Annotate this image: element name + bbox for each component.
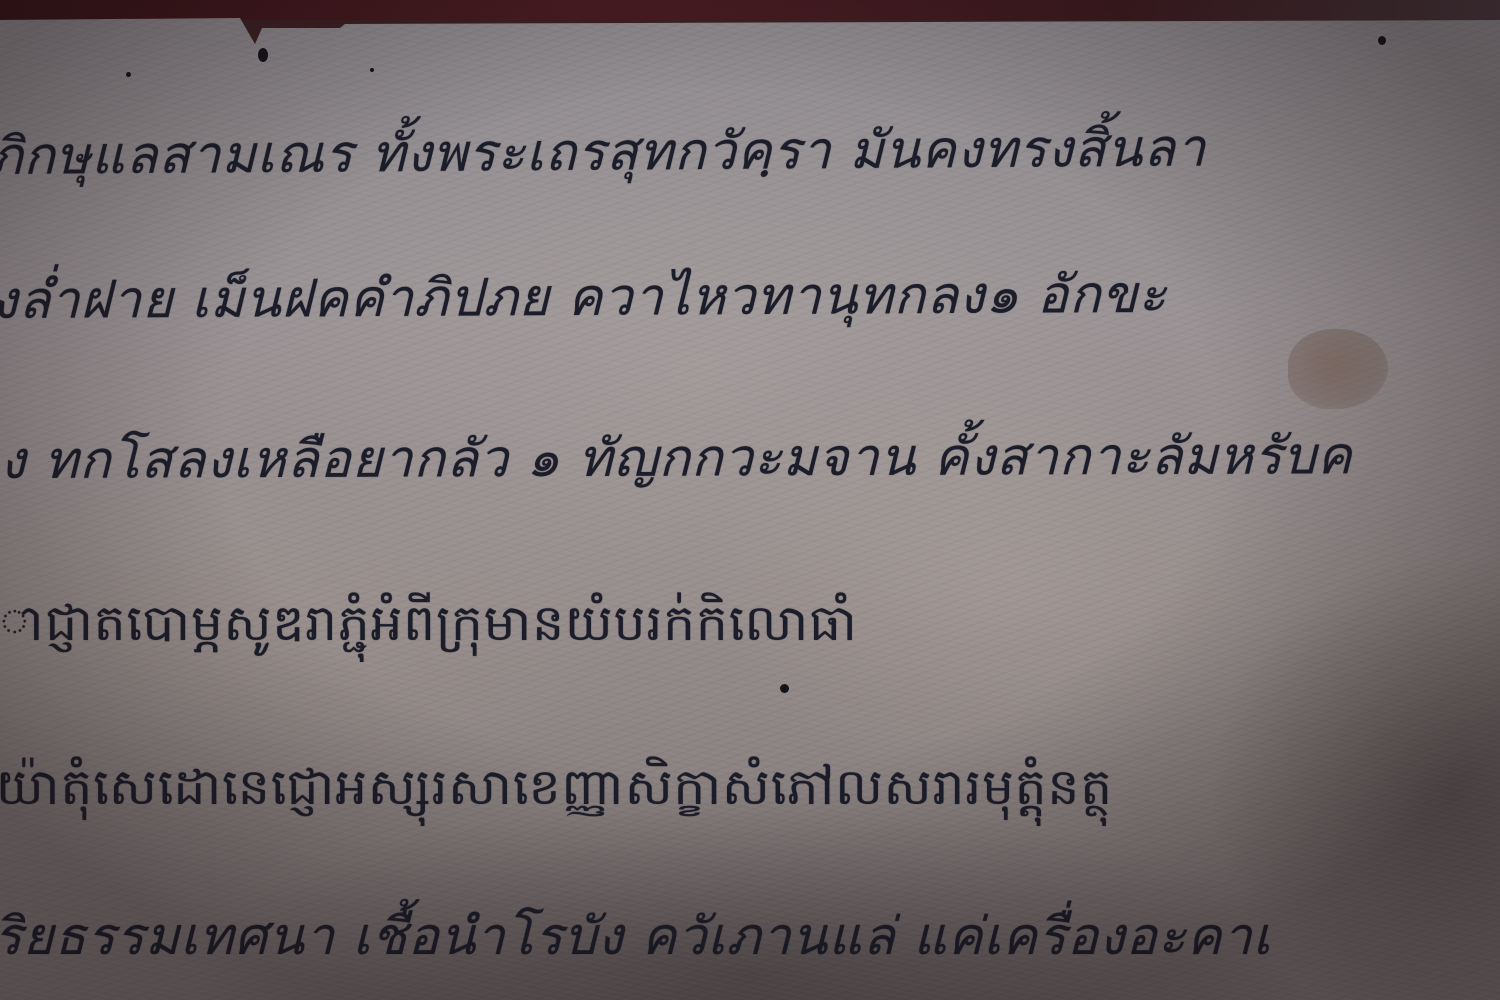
manuscript-line-thai: ภิกษุแลสามเณร ทั้งพระเถรสุทกวัคฺรา มันคง… <box>0 105 1206 197</box>
ink-spot <box>258 48 268 62</box>
manuscript-line-thai: งล่ำฝาย เม็นฝคคำภิปภย ควาไหวทานุทกลง๑ อั… <box>0 252 1167 341</box>
ink-spot <box>126 72 131 77</box>
manuscript-line-khmer: យ៉ាតុំសេដោនេជ្ញោអស្សុរសាខេញ្ញាសិក្ខាសំភៅ… <box>0 756 1113 829</box>
ink-spot <box>370 68 374 72</box>
red-backdrop <box>0 0 1500 20</box>
manuscript-line-thai: ริยธรรมเทศนา เชื้อนำโรบัง ควัเภานแล่ แค่… <box>0 894 1271 977</box>
manuscript-paper: ภิกษุแลสามเณร ทั้งพระเถรสุทกวัคฺรา มันคง… <box>0 14 1500 1000</box>
manuscript-photo: ภิกษุแลสามเณร ทั้งพระเถรสุทกวัคฺรา มันคง… <box>0 0 1500 1000</box>
manuscript-line-khmer: ាជ្ញាតបោម្ភសូឌរាភ្ជុំអំពីក្រុមានយំបរក់កិ… <box>0 592 858 665</box>
ink-spot <box>1378 36 1386 45</box>
manuscript-line-thai: ง ทกโสลงเหลือยากลัว ๑ ทัญกกวะมจาน คั้งสา… <box>0 413 1353 501</box>
ink-spot <box>780 684 789 693</box>
